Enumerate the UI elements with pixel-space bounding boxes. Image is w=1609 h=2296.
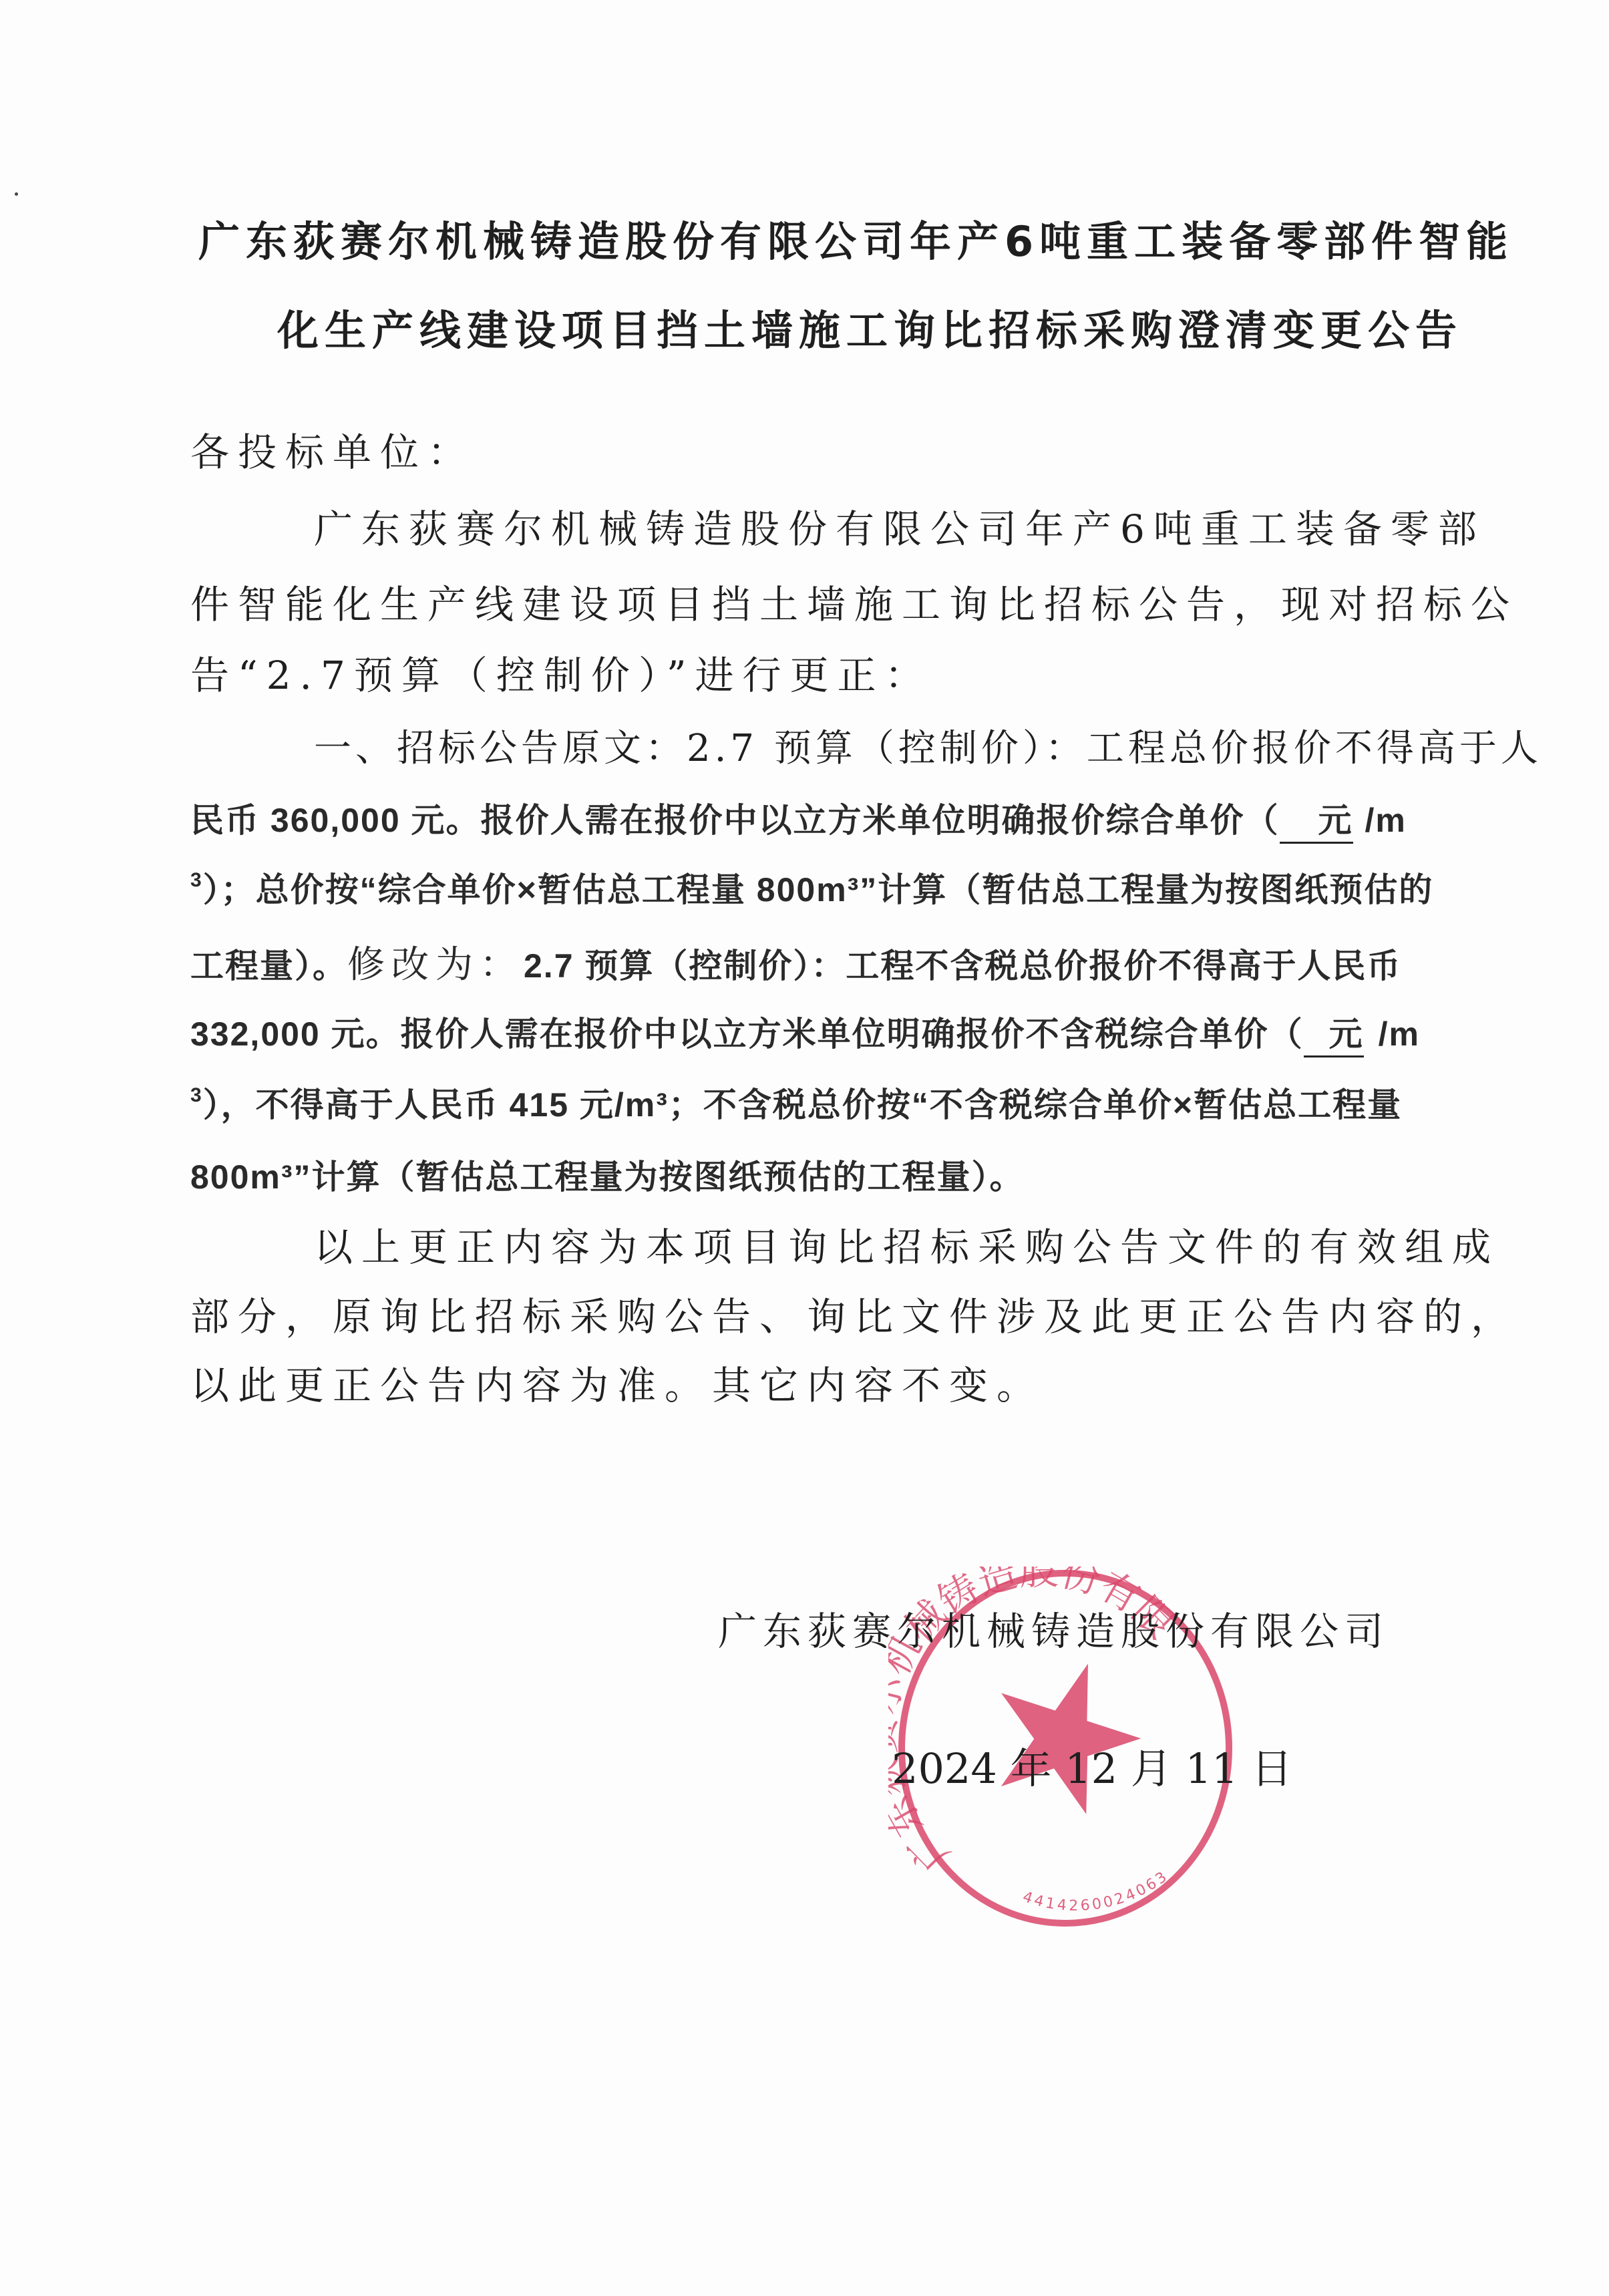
signature-company: 广东荻赛尔机械铸造股份有限公司 <box>718 1600 1389 1656</box>
document-title-line-1: 广东荻赛尔机械铸造股份有限公司年产6吨重工装备零部件智能 <box>198 208 1513 268</box>
unit-per-m: /m <box>1365 802 1407 839</box>
closing-line-2: 部分，原询比招标采购公告、询比文件涉及此更正公告内容的， <box>190 1285 1518 1341</box>
section1-line-6-text: ），不得高于人民币 415 元/m³；不含税总价按“不含税综合单价×暂估总工程量 <box>203 1086 1402 1124</box>
unit-per-m-2: /m <box>1379 1015 1420 1053</box>
tax-free-price-blank: 元 <box>1304 1007 1364 1057</box>
intro-line-2: 件智能化生产线建设项目挡土墙施工询比招标公告，现对招标公 <box>190 573 1518 629</box>
section1-line-4-text-a: 工程量）。 <box>190 947 347 985</box>
superscript-3: 3 <box>190 869 203 891</box>
unit-price-blank: 元 <box>1280 794 1353 844</box>
stamp-star-icon <box>974 1641 1158 1822</box>
section1-line-2: 民币 360,000 元。报价人需在报价中以立方米单位明确报价综合单价（元/m <box>190 794 1407 844</box>
section1-line-5: 332,000 元。报价人需在报价中以立方米单位明确报价不含税综合单价（元/m <box>190 1007 1420 1057</box>
svg-text:4414260024063: 4414260024063 <box>1021 1867 1172 1915</box>
section1-line-6: 3），不得高于人民币 415 元/m³；不含税总价按“不含税综合单价×暂估总工程… <box>190 1078 1402 1126</box>
signature-date: 2024 年 12 月 11 日 <box>892 1736 1292 1795</box>
intro-line-1: 广东荻赛尔机械铸造股份有限公司年产6吨重工装备零部 <box>314 498 1485 554</box>
closing-line-1: 以上更正内容为本项目询比招标采购公告文件的有效组成 <box>314 1216 1499 1272</box>
scan-speck <box>15 192 18 196</box>
salutation: 各投标单位： <box>190 421 475 477</box>
section1-line-3: 3）；总价按“综合单价×暂估总工程量 800m³”计算（暂估总工程量为按图纸预估… <box>190 863 1433 911</box>
closing-line-3: 以此更正公告内容为准。其它内容不变。 <box>190 1354 1044 1410</box>
section1-line-2-text: 民币 360,000 元。报价人需在报价中以立方米单位明确报价综合单价（ <box>190 802 1280 839</box>
section1-line-7: 800m³”计算（暂估总工程量为按图纸预估的工程量）。 <box>190 1150 1025 1198</box>
revised-to-label: 修改为： <box>347 943 524 987</box>
unit-price-yuan: 元 <box>1318 802 1353 839</box>
tax-free-price-yuan: 元 <box>1329 1015 1364 1053</box>
superscript-3-b: 3 <box>190 1084 203 1106</box>
document-title-line-2: 化生产线建设项目挡土墙施工询比招标采购澄清变更公告 <box>277 297 1463 357</box>
intro-line-3: 告“2.7预算（控制价）”进行更正： <box>190 644 932 700</box>
section1-line-3-text: ）；总价按“综合单价×暂估总工程量 800m³”计算（暂估总工程量为按图纸预估的 <box>203 871 1434 909</box>
section1-line-4: 工程量）。修改为：2.7 预算（控制价）：工程不含税总价报价不得高于人民币 <box>190 935 1401 989</box>
section1-line-4-text-c: 2.7 预算（控制价）：工程不含税总价报价不得高于人民币 <box>524 947 1401 985</box>
stamp-number: 4414260024063 <box>1021 1867 1172 1915</box>
section1-line-1: 一、招标公告原文：2.7 预算（控制价）：工程总价报价不得高于人 <box>314 719 1542 772</box>
section1-line-5-text: 332,000 元。报价人需在报价中以立方米单位明确报价不含税综合单价（ <box>190 1015 1304 1053</box>
